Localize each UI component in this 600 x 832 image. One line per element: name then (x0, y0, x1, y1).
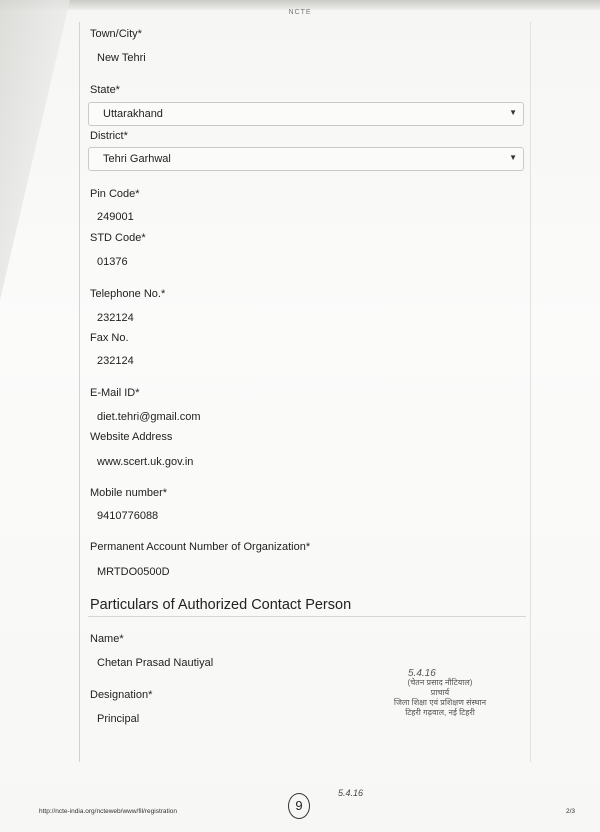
telephone-value[interactable]: 232124 (97, 312, 134, 324)
district-select[interactable]: Tehri Garhwal ▼ (88, 147, 524, 171)
email-label: E-Mail ID* (90, 387, 140, 399)
district-label: District* (90, 130, 128, 142)
print-header: NCTE (0, 9, 600, 16)
chevron-down-icon: ▼ (509, 153, 517, 162)
stamp-line: जिला शिक्षा एवं प्रशिक्षण संस्थान (350, 698, 530, 708)
pan-value[interactable]: MRTDO0500D (97, 566, 170, 578)
std-code-label: STD Code* (90, 232, 146, 244)
telephone-label: Telephone No.* (90, 288, 165, 300)
section-title-contact-person: Particulars of Authorized Contact Person (90, 597, 351, 613)
official-stamp: (चेतन प्रसाद नौटियाल) प्राचार्य जिला शिक… (350, 678, 530, 718)
name-label: Name* (90, 633, 124, 645)
fax-value[interactable]: 232124 (97, 355, 134, 367)
designation-label: Designation* (90, 689, 152, 701)
website-value[interactable]: www.scert.uk.gov.in (97, 456, 193, 468)
state-selected-value: Uttarakhand (103, 108, 163, 120)
stamp-line: प्राचार्य (350, 688, 530, 698)
stamp-line: टिहरी गढ़वाल, नई टिहरी (350, 708, 530, 718)
footer-page-count: 2/3 (566, 808, 575, 815)
website-label: Website Address (90, 431, 172, 443)
handwritten-initials: 5.4.16 (338, 788, 363, 798)
pin-code-value[interactable]: 249001 (97, 211, 134, 223)
town-city-value[interactable]: New Tehri (97, 52, 146, 64)
town-city-label: Town/City* (90, 28, 142, 40)
mobile-value[interactable]: 9410776088 (97, 510, 158, 522)
state-select[interactable]: Uttarakhand ▼ (88, 102, 524, 126)
footer-url: http://ncte-india.org/ncteweb/www/fil/re… (39, 808, 177, 815)
email-value[interactable]: diet.tehri@gmail.com (97, 411, 200, 423)
name-value[interactable]: Chetan Prasad Nautiyal (97, 657, 213, 669)
section-divider (88, 616, 526, 617)
form-container (79, 22, 531, 762)
fax-label: Fax No. (90, 332, 129, 344)
std-code-value[interactable]: 01376 (97, 256, 128, 268)
chevron-down-icon: ▼ (509, 108, 517, 117)
mobile-label: Mobile number* (90, 487, 167, 499)
pin-code-label: Pin Code* (90, 188, 140, 200)
district-selected-value: Tehri Garhwal (103, 153, 171, 165)
scanned-page: NCTE Town/City* New Tehri State* Uttarak… (0, 0, 600, 832)
page-fold (0, 0, 70, 300)
state-label: State* (90, 84, 120, 96)
stamp-line: (चेतन प्रसाद नौटियाल) (350, 678, 530, 688)
designation-value[interactable]: Principal (97, 713, 139, 725)
pan-label: Permanent Account Number of Organization… (90, 541, 310, 553)
handwritten-page-number: 9 (288, 793, 310, 819)
